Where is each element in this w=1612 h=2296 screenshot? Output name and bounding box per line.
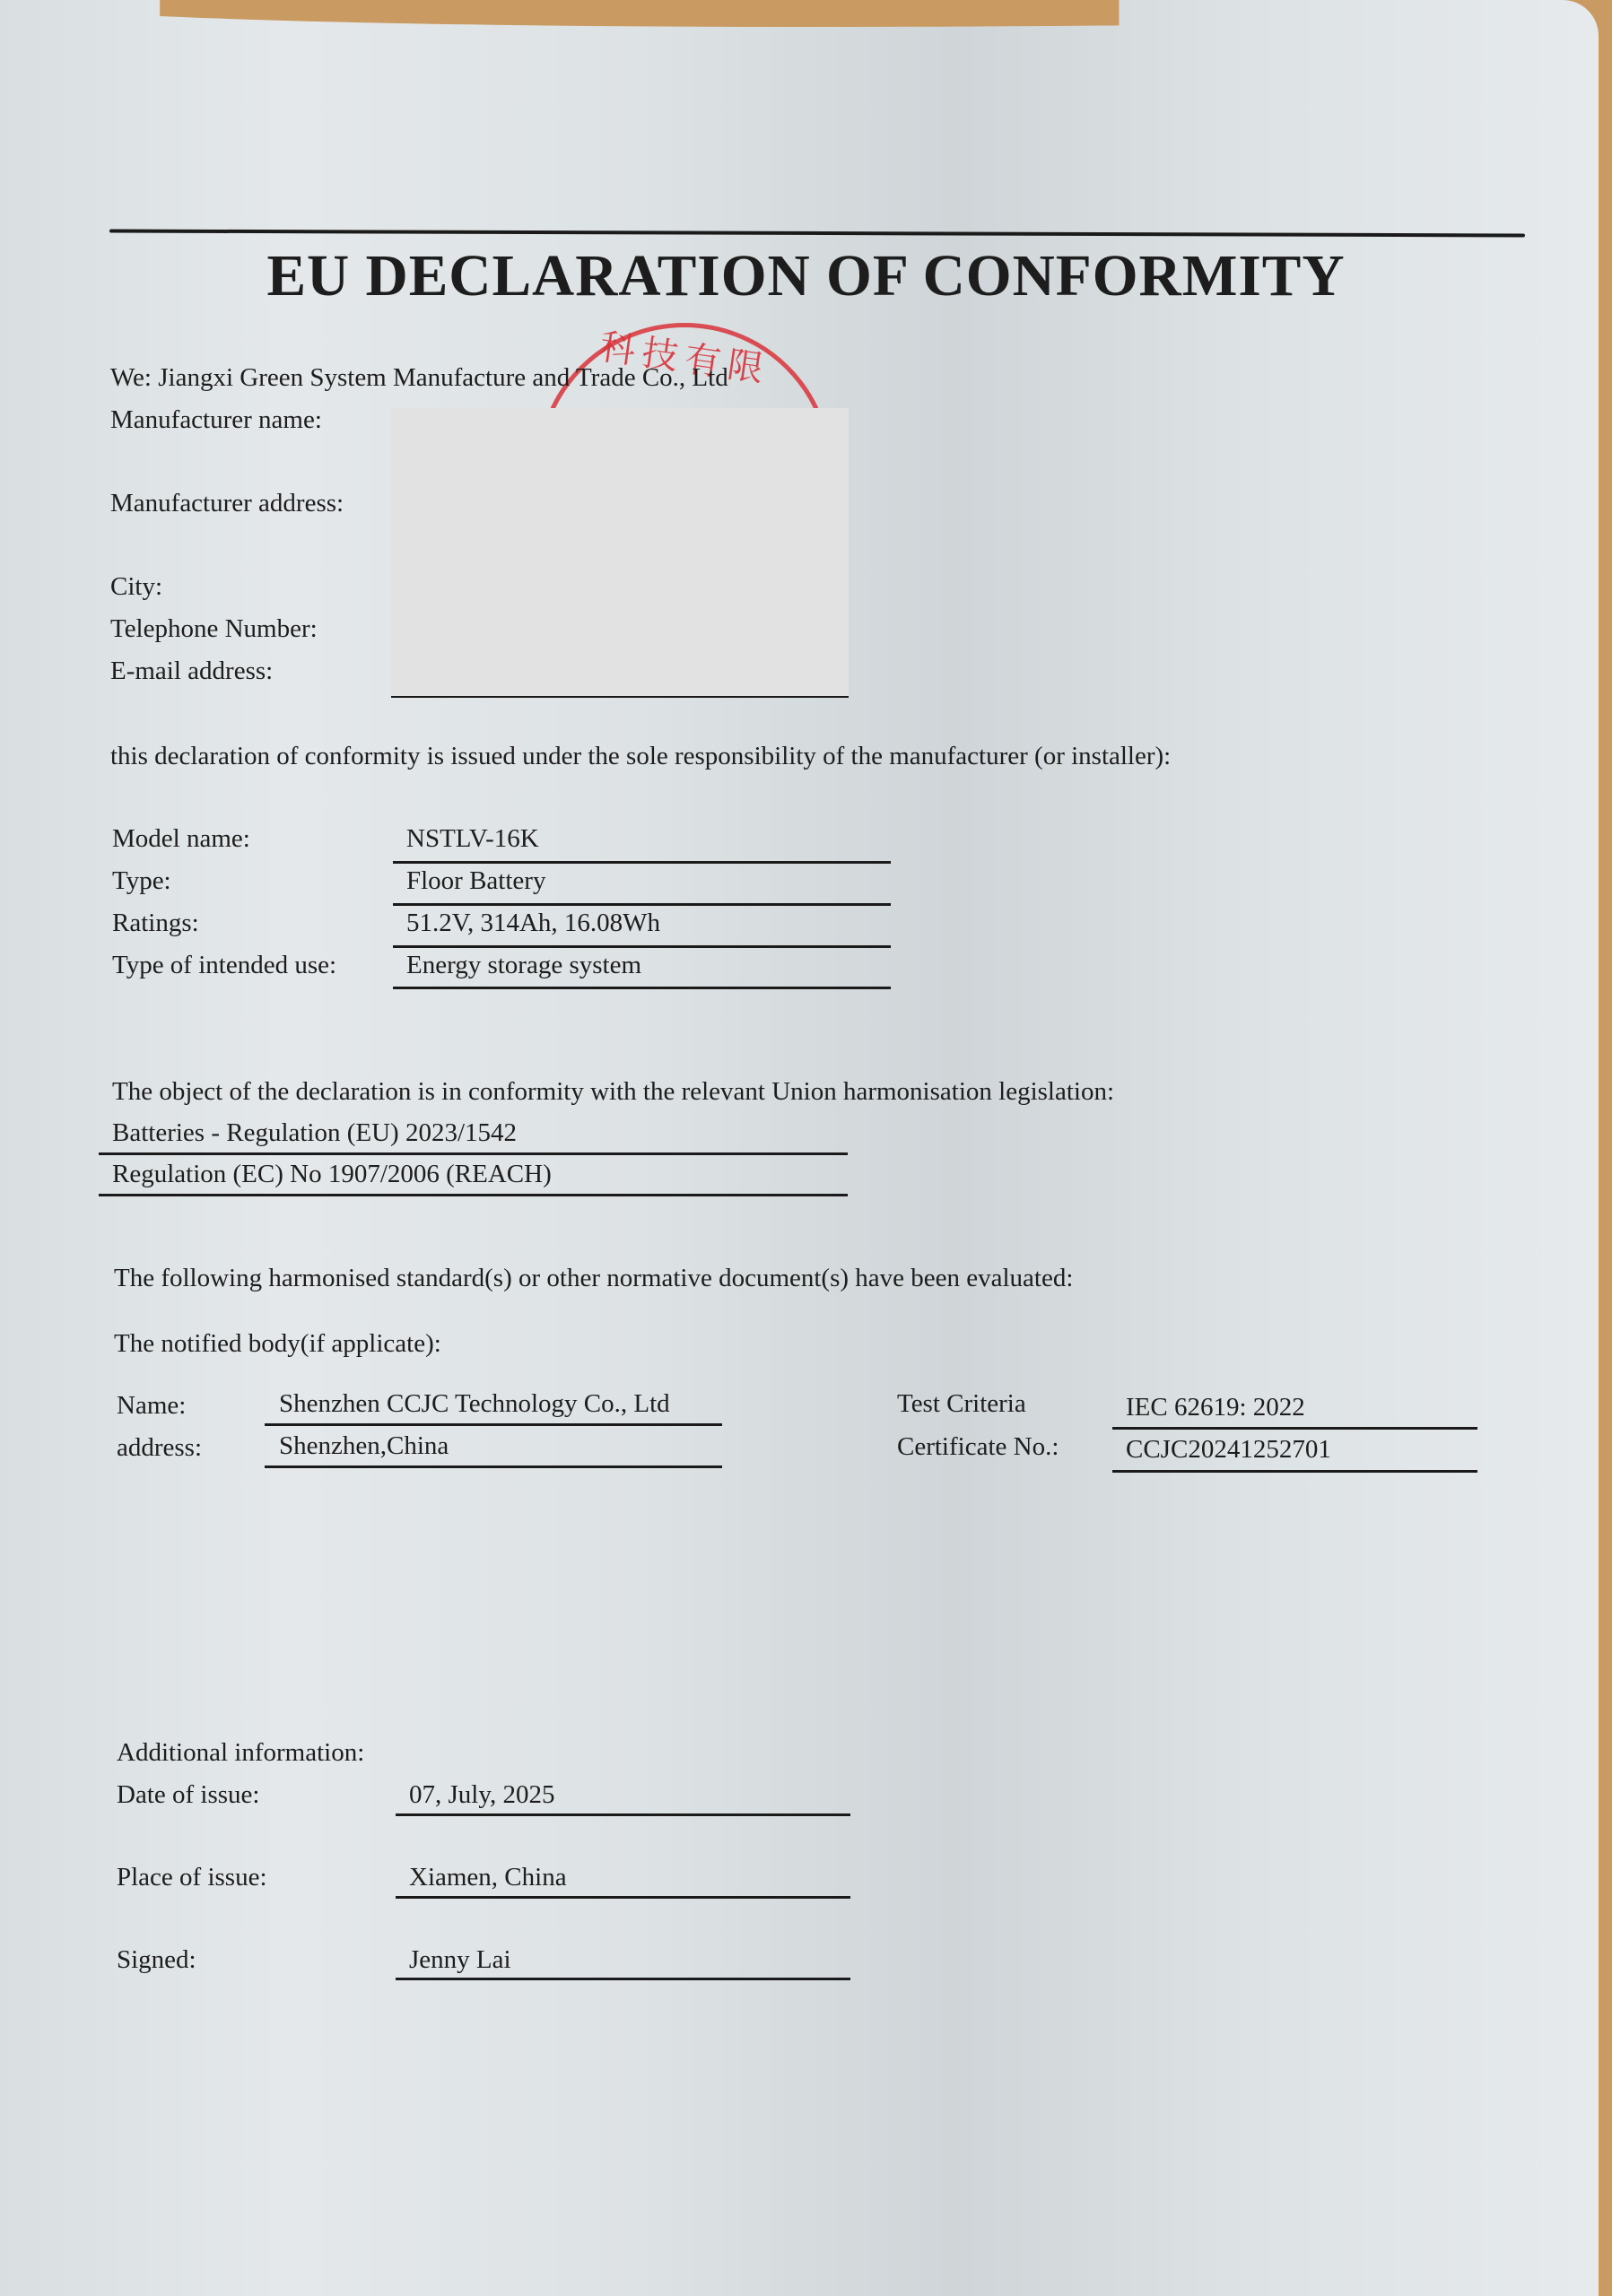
test-criteria-value: IEC 62619: 2022 <box>1126 1393 1305 1422</box>
additional-info-heading: Additional information: <box>117 1738 364 1768</box>
telephone-label: Telephone Number: <box>110 614 318 644</box>
notified-body-heading: The notified body(if applicate): <box>114 1329 441 1359</box>
header-rule <box>109 230 1525 238</box>
notified-body-address-underline <box>265 1465 722 1468</box>
certificate-value: CCJC20241252701 <box>1126 1435 1331 1465</box>
ratings-label: Ratings: <box>112 909 199 938</box>
manufacturer-address-label: Manufacturer address: <box>110 489 344 518</box>
date-of-issue-label: Date of issue: <box>117 1780 259 1810</box>
document-page: EU DECLARATION OF CONFORMITY 科技有限 We: Ji… <box>0 0 1599 2296</box>
notified-body-address-label: address: <box>117 1433 202 1463</box>
legislation-underline <box>99 1152 848 1155</box>
place-of-issue-value: Xiamen, China <box>409 1863 567 1892</box>
place-of-issue-label: Place of issue: <box>117 1863 267 1892</box>
city-label: City: <box>110 572 162 602</box>
model-name-underline <box>393 861 891 864</box>
intended-use-label: Type of intended use: <box>112 951 336 980</box>
signed-value: Jenny Lai <box>409 1945 511 1975</box>
place-of-issue-underline <box>396 1896 850 1899</box>
manufacturer-underline <box>391 696 849 698</box>
notified-body-name-label: Name: <box>117 1391 186 1421</box>
certificate-label: Certificate No.: <box>897 1432 1059 1462</box>
responsibility-statement: this declaration of conformity is issued… <box>110 742 1171 771</box>
legislation-item: Regulation (EC) No 1907/2006 (REACH) <box>112 1160 552 1189</box>
manufacturer-name-label: Manufacturer name: <box>110 405 322 435</box>
legislation-item: Batteries - Regulation (EU) 2023/1542 <box>112 1118 517 1148</box>
redacted-manufacturer-block <box>391 408 849 697</box>
date-of-issue-underline <box>396 1813 850 1816</box>
issuer-line: We: Jiangxi Green System Manufacture and… <box>110 363 728 393</box>
model-name-value: NSTLV-16K <box>406 824 539 854</box>
test-criteria-label: Test Criteria <box>897 1389 1026 1419</box>
ratings-value: 51.2V, 314Ah, 16.08Wh <box>406 909 660 938</box>
legislation-underline <box>99 1194 848 1196</box>
notified-body-name-value: Shenzhen CCJC Technology Co., Ltd <box>279 1389 670 1419</box>
type-underline <box>393 903 891 906</box>
page-title: EU DECLARATION OF CONFORMITY <box>8 242 1604 310</box>
test-criteria-underline <box>1112 1427 1477 1430</box>
type-value: Floor Battery <box>406 866 545 896</box>
conformity-statement: The object of the declaration is in conf… <box>112 1077 1114 1107</box>
model-name-label: Model name: <box>112 824 250 854</box>
email-label: E-mail address: <box>110 657 273 686</box>
date-of-issue-value: 07, July, 2025 <box>409 1780 554 1810</box>
notified-body-name-underline <box>265 1423 722 1426</box>
signed-underline <box>396 1978 850 1980</box>
intended-use-underline <box>393 987 891 989</box>
notified-body-address-value: Shenzhen,China <box>279 1431 449 1461</box>
standards-statement: The following harmonised standard(s) or … <box>114 1264 1073 1293</box>
intended-use-value: Energy storage system <box>406 951 641 980</box>
ratings-underline <box>393 945 891 948</box>
signed-label: Signed: <box>117 1945 196 1975</box>
certificate-underline <box>1112 1470 1477 1473</box>
type-label: Type: <box>112 866 171 896</box>
